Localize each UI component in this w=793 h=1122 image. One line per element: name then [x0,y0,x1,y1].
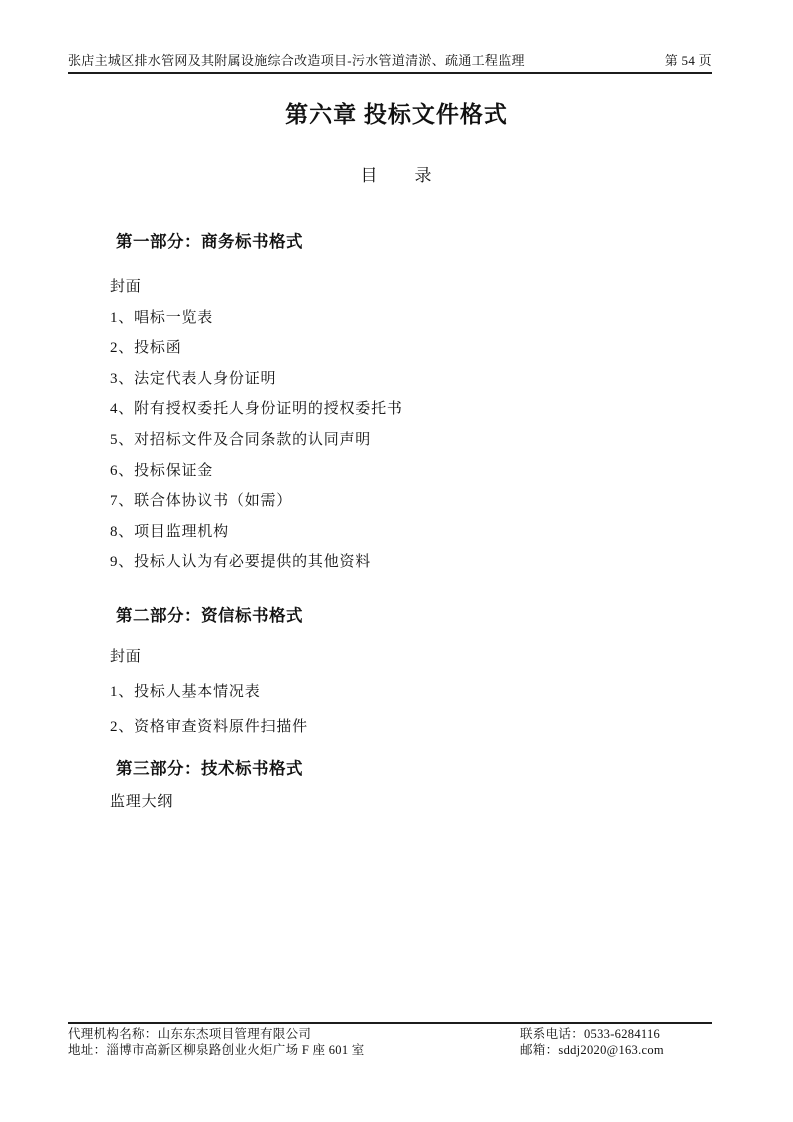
toc-item: 8、项目监理机构 [110,517,403,548]
section-heading-commercial-bid: 第一部分：商务标书格式 [116,228,303,252]
section-heading-credit-bid: 第二部分：资信标书格式 [116,602,303,626]
section-list-commercial-bid: 封面 1、唱标一览表 2、投标函 3、法定代表人身份证明 4、附有授权委托人身份… [110,272,403,578]
section-list-credit-bid: 封面 1、投标人基本情况表 2、资格审查资料原件扫描件 [110,640,308,745]
section-list-technical-bid: 监理大纲 [110,790,173,814]
toc-item: 1、投标人基本情况表 [110,675,308,710]
document-page: 张店主城区排水管网及其附属设施综合改造项目-污水管道清淤、疏通工程监理 第 54… [0,0,793,1122]
footer-agency-name: 代理机构名称：山东东杰项目管理有限公司 [68,1027,520,1043]
toc-title: 目 录 [0,161,793,186]
toc-item: 9、投标人认为有必要提供的其他资料 [110,547,403,578]
page-footer: 代理机构名称：山东东杰项目管理有限公司 联系电话：0533-6284116 地址… [68,1022,712,1058]
toc-item: 2、投标函 [110,333,403,364]
toc-item: 封面 [110,272,403,303]
footer-address: 地址：淄博市高新区柳泉路创业火炬广场 F 座 601 室 [68,1043,520,1059]
toc-item: 4、附有授权委托人身份证明的授权委托书 [110,394,403,425]
footer-phone: 联系电话：0533-6284116 [520,1027,712,1043]
page-header: 张店主城区排水管网及其附属设施综合改造项目-污水管道清淤、疏通工程监理 第 54… [68,50,712,74]
section-heading-technical-bid: 第三部分：技术标书格式 [116,755,303,779]
toc-item: 5、对招标文件及合同条款的认同声明 [110,425,403,456]
toc-item: 3、法定代表人身份证明 [110,364,403,395]
header-project-title: 张店主城区排水管网及其附属设施综合改造项目-污水管道清淤、疏通工程监理 [68,50,525,69]
toc-item: 1、唱标一览表 [110,303,403,334]
toc-item: 7、联合体协议书（如需） [110,486,403,517]
toc-item: 封面 [110,640,308,675]
footer-email: 邮箱：sddj2020@163.com [520,1043,712,1059]
toc-item: 6、投标保证金 [110,456,403,487]
header-page-number: 第 54 页 [655,50,712,69]
toc-item: 2、资格审查资料原件扫描件 [110,710,308,745]
chapter-title: 第六章 投标文件格式 [0,96,793,129]
toc-item: 监理大纲 [110,790,173,814]
